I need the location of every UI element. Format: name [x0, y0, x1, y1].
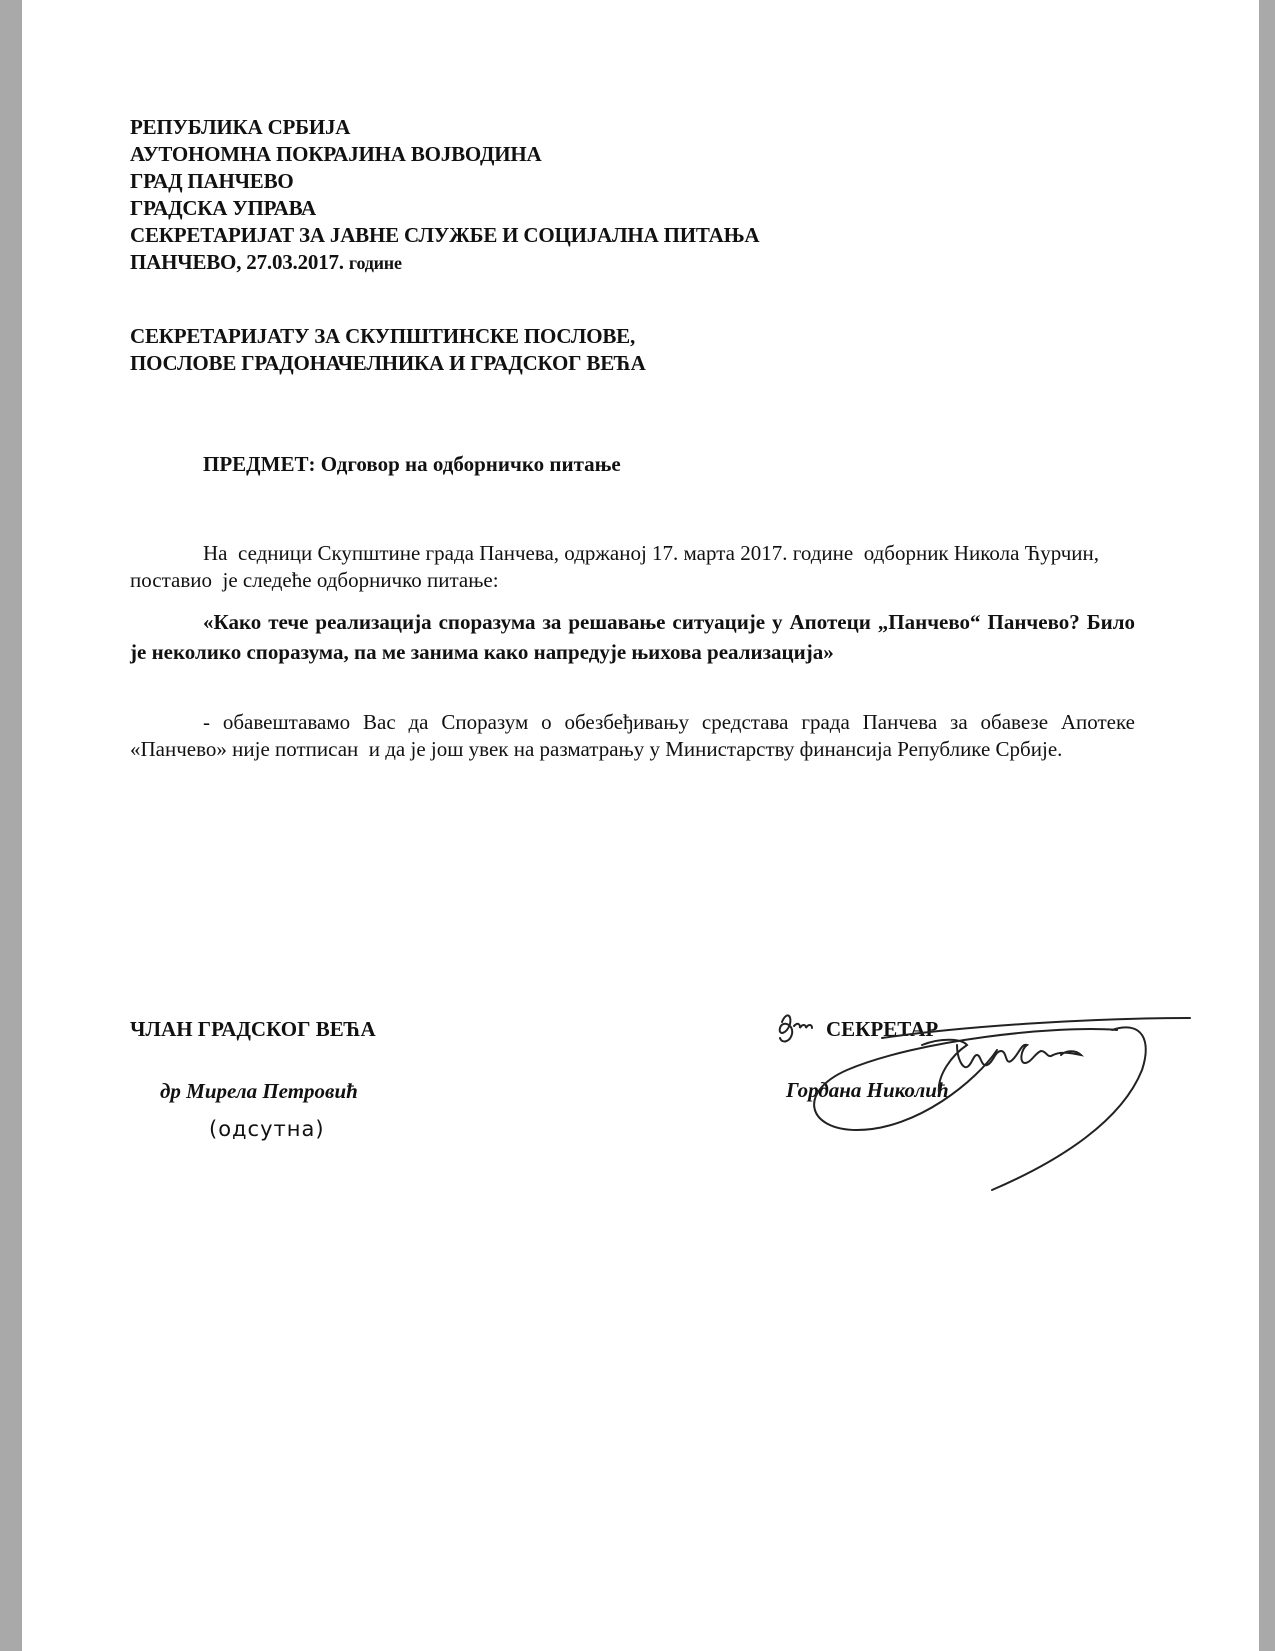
question-quote: «Како тече реализација споразума за реша… [130, 607, 1135, 667]
place-date: ПАНЧЕВО, 27.03.2017. [130, 250, 344, 274]
letterhead-administration: ГРАДСКА УПРАВА [130, 195, 759, 222]
subject-separator: : [308, 452, 320, 476]
document-page: РЕПУБЛИКА СРБИЈА АУТОНОМНА ПОКРАЈИНА ВОЈ… [22, 0, 1259, 1651]
letterhead-province: АУТОНОМНА ПОКРАЈИНА ВОЈВОДИНА [130, 141, 759, 168]
answer-paragraph: - обавештавамо Вас да Споразум о обезбеђ… [130, 709, 1135, 763]
recipient-block: СЕКРЕТАРИЈАТУ ЗА СКУПШТИНСКЕ ПОСЛОВЕ, ПО… [130, 323, 646, 377]
handwritten-absent-note: (одсутна) [209, 1117, 325, 1141]
right-signatory-title: СЕКРЕТАР [826, 1017, 938, 1042]
letterhead-place-date: ПАНЧЕВО, 27.03.2017. године [130, 249, 759, 277]
subject-label: ПРЕДМЕТ [203, 452, 308, 476]
right-signatory-name: Гордана Николић [786, 1078, 949, 1103]
left-signatory-title: ЧЛАН ГРАДСКОГ ВЕЋА [130, 1017, 376, 1042]
letterhead: РЕПУБЛИКА СРБИЈА АУТОНОМНА ПОКРАЈИНА ВОЈ… [130, 114, 759, 277]
question-text: «Како тече реализација споразума за реша… [130, 610, 1135, 664]
letterhead-city: ГРАД ПАНЧЕВО [130, 168, 759, 195]
subject-text: Одговор на одборничко питање [321, 452, 621, 476]
letterhead-country: РЕПУБЛИКА СРБИЈА [130, 114, 759, 141]
letterhead-secretariat: СЕКРЕТАРИЈАТ ЗА ЈАВНЕ СЛУЖБЕ И СОЦИЈАЛНА… [130, 222, 759, 249]
left-signatory-name: др Мирела Петровић [160, 1079, 358, 1104]
answer-text: - обавештавамо Вас да Споразум о обезбеђ… [130, 710, 1140, 761]
intro-paragraph: На седници Скупштине града Панчева, одрж… [130, 540, 1135, 594]
recipient-line: СЕКРЕТАРИЈАТУ ЗА СКУПШТИНСКЕ ПОСЛОВЕ, [130, 323, 646, 350]
intro-text: На седници Скупштине града Панчева, одрж… [130, 541, 1104, 592]
subject-line: ПРЕДМЕТ: Одговор на одборничко питање [203, 452, 621, 477]
date-suffix: године [349, 253, 402, 273]
recipient-line: ПОСЛОВЕ ГРАДОНАЧЕЛНИКА И ГРАДСКОГ ВЕЋА [130, 350, 646, 377]
